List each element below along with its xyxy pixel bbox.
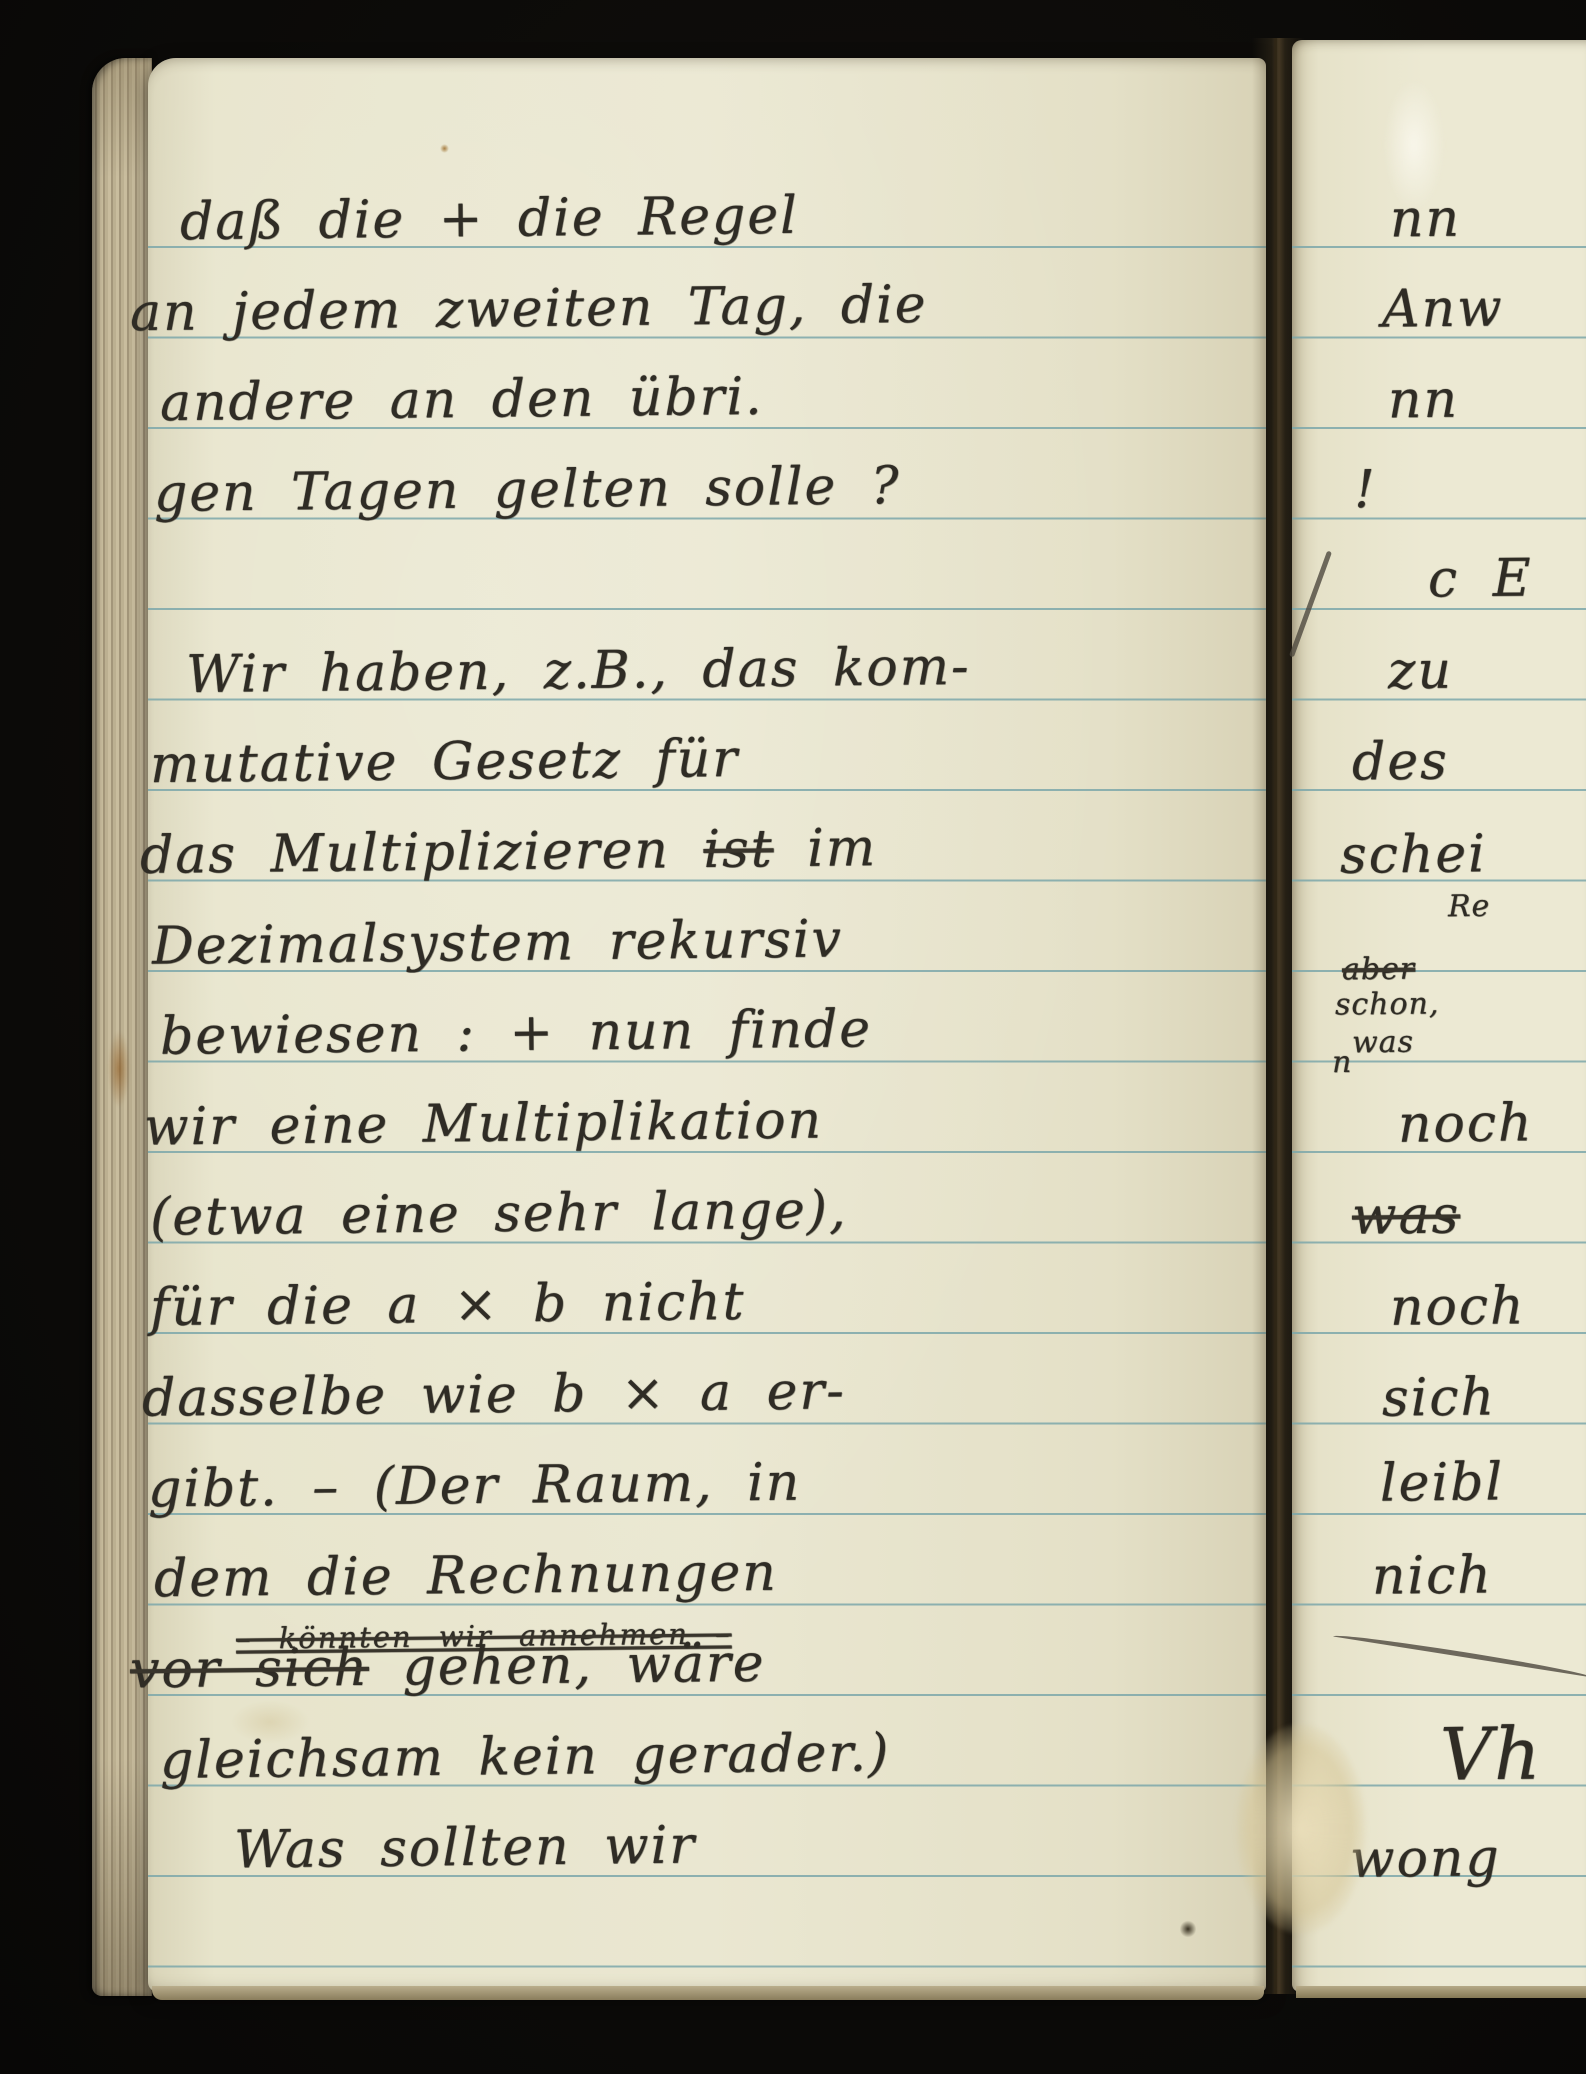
right-page-fragment: des	[1352, 728, 1449, 795]
handwritten-line: Was sollten wir	[234, 1813, 697, 1884]
handwritten-line: Dezimalsystem rekursiv	[152, 906, 844, 979]
right-page-fragment: Vh	[1440, 1711, 1543, 1796]
photo-backdrop: daß die + die Regel an jedem zweiten Tag…	[0, 0, 1586, 2074]
handwritten-line: (etwa eine sehr lange),	[150, 1177, 848, 1250]
handwritten-line: vor sich gehen, wäre	[130, 1631, 766, 1704]
handwritten-line: wir eine Multiplikation	[144, 1087, 824, 1160]
right-page-fragment: Re	[1448, 888, 1491, 926]
right-page-fragment: n	[1332, 1044, 1353, 1082]
right-page-fragment: schei	[1340, 821, 1487, 889]
line-segment: das Multiplizieren	[140, 820, 704, 886]
right-page-fragment: schon,	[1335, 985, 1440, 1024]
right-page-fragment: zu	[1388, 638, 1454, 705]
line-segment: im	[773, 818, 877, 879]
right-page-fragment: sich	[1382, 1364, 1497, 1431]
handwritten-line: für die a × b nicht	[150, 1269, 746, 1341]
handwritten-line: bewiesen : + nun finde	[160, 996, 873, 1069]
right-page-struck-fragment: was	[1352, 1182, 1461, 1249]
page-under-edge	[1296, 1986, 1586, 1998]
handwritten-line: dasselbe wie b × a er-	[142, 1358, 846, 1431]
handwritten-line: an jedem zweiten Tag, die	[130, 272, 928, 346]
right-page-struck-fragment: aber	[1342, 951, 1416, 990]
page-stack-edge	[92, 58, 152, 1996]
right-page-fragment: noch	[1398, 1090, 1534, 1157]
right-page-fragment: c E	[1428, 545, 1533, 612]
right-page-fragment: nich	[1372, 1542, 1493, 1609]
page-under-edge	[152, 1986, 1264, 2000]
handwritten-line: Wir haben, z.B., das kom-	[186, 634, 971, 708]
right-page-fragment: wong	[1350, 1825, 1501, 1893]
right-page-fragment: nn	[1388, 367, 1460, 434]
handwritten-line: gibt. – (Der Raum, in	[148, 1450, 802, 1523]
right-page-fragment: noch	[1390, 1273, 1526, 1340]
handwritten-line: das Multiplizieren ist im	[140, 815, 878, 889]
right-page-fragment: !	[1354, 457, 1378, 523]
right-page-fragment: was	[1352, 1024, 1414, 1063]
handwritten-line: daß die + die Regel	[180, 183, 799, 255]
gutter-crease	[1274, 38, 1277, 1994]
handwritten-line: gen Tagen gelten solle ?	[154, 453, 901, 527]
handwritten-line: dem die Rechnungen	[154, 1540, 778, 1613]
handwritten-line: gleichsam kein gerader.)	[160, 1720, 891, 1794]
right-page-fragment: Anw	[1382, 275, 1504, 342]
handwritten-line: andere an den übri.	[160, 364, 764, 436]
right-page-fragment: leibl	[1380, 1449, 1505, 1516]
line-segment: gehen, wäre	[369, 1634, 766, 1698]
struck-words: vor sich	[130, 1638, 370, 1700]
left-page: daß die + die Regel an jedem zweiten Tag…	[148, 58, 1266, 1992]
right-page-fragment: nn	[1390, 186, 1462, 253]
struck-word: ist	[703, 819, 774, 880]
handwritten-line: mutative Gesetz für	[150, 726, 740, 798]
right-page: nn Anw nn ! c E zu des schei Re aber sch…	[1292, 40, 1586, 1992]
